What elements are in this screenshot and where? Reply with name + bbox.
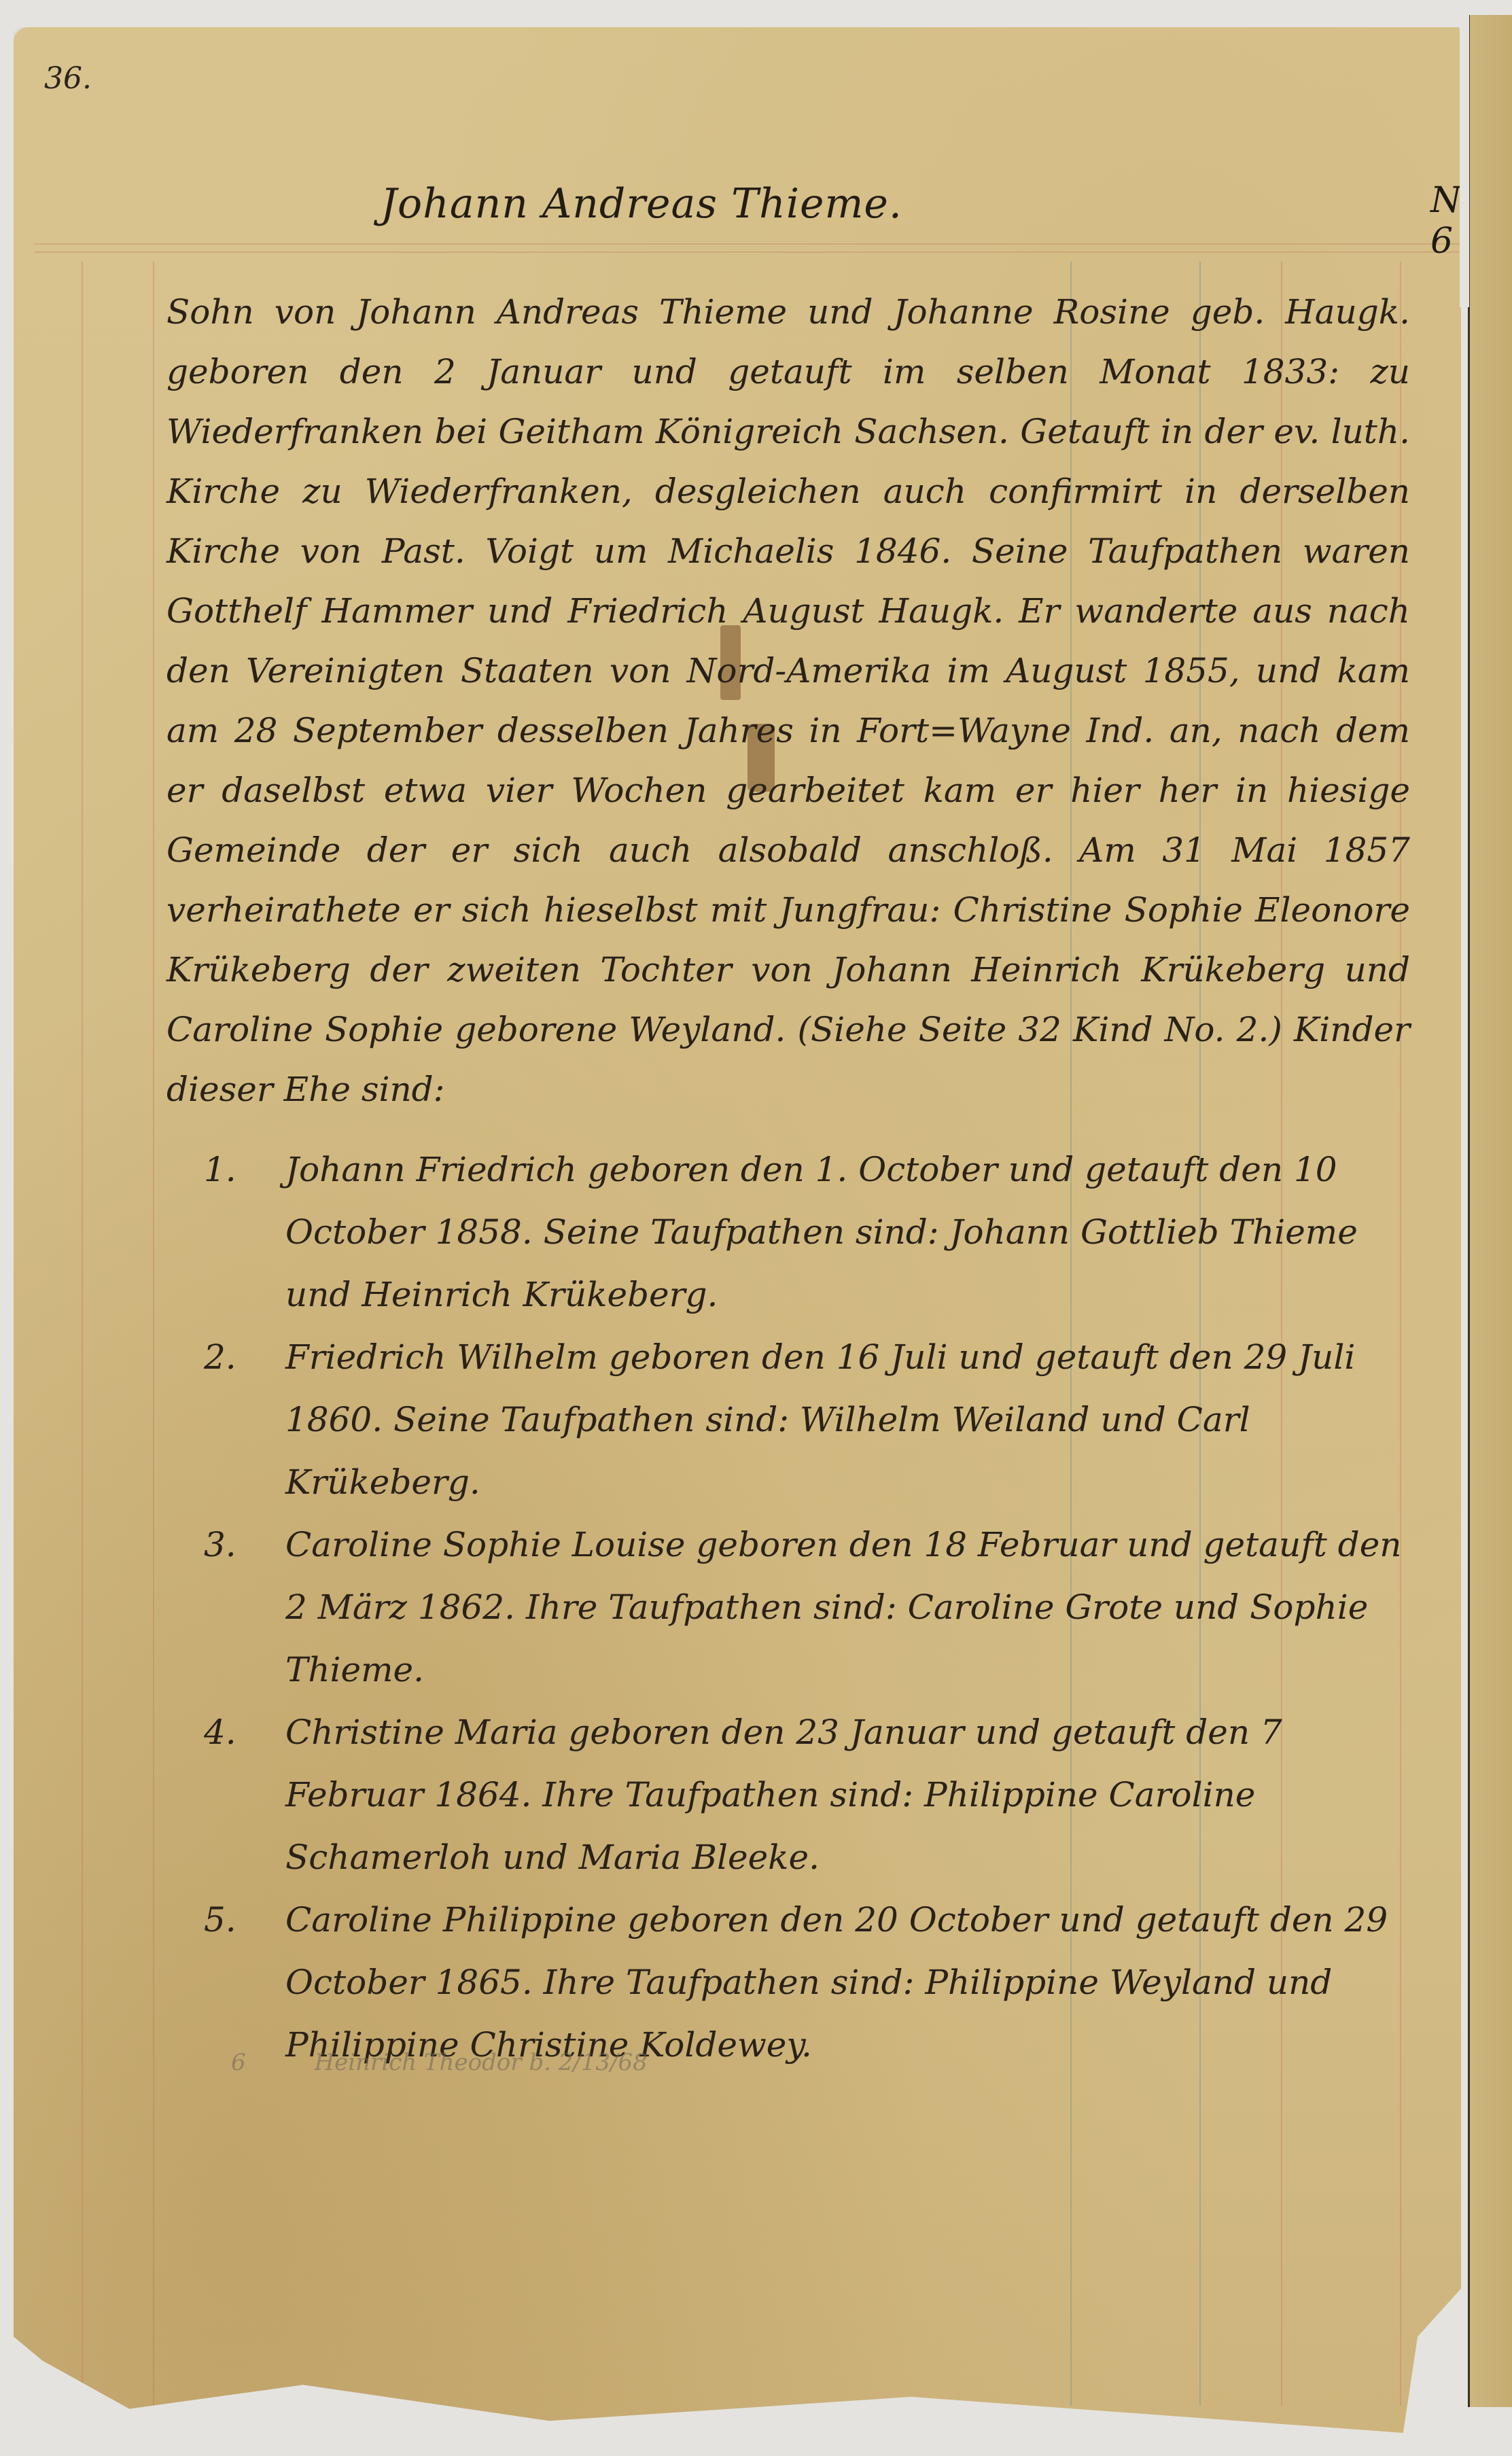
child-number: 4. — [204, 1701, 236, 1764]
child-number: 5. — [204, 1889, 236, 1951]
child-entry: 1. Johann Friedrich geboren den 1. Octob… — [204, 1138, 1413, 1326]
ledger-page: 36. No. 6 Johann Andreas Thieme. Sohn vo… — [14, 27, 1461, 2433]
pencil-annotation-number: 6 — [231, 2049, 246, 2076]
header-rule — [34, 243, 1461, 245]
margin-rule-left — [153, 262, 154, 2406]
biography-paragraph: Sohn von Johann Andreas Thieme und Johan… — [166, 282, 1410, 1119]
child-text: Caroline Sophie Louise geboren den 18 Fe… — [285, 1525, 1401, 1689]
child-entry: 5. Caroline Philippine geboren den 20 Oc… — [204, 1889, 1413, 2076]
child-number: 3. — [204, 1513, 236, 1576]
child-text: Christine Maria geboren den 23 Januar un… — [285, 1713, 1282, 1877]
child-entry: 4. Christine Maria geboren den 23 Januar… — [204, 1701, 1413, 1889]
record-title: Johann Andreas Thieme. — [381, 180, 902, 228]
header-rule-double — [34, 251, 1461, 253]
child-entry: 2. Friedrich Wilhelm geboren den 16 Juli… — [204, 1326, 1413, 1513]
page-number: 36. — [44, 61, 92, 96]
children-list: 1. Johann Friedrich geboren den 1. Octob… — [204, 1138, 1413, 2076]
child-text: Friedrich Wilhelm geboren den 16 Juli un… — [285, 1337, 1355, 1502]
pencil-annotation-text: Heinrich Theodor b. 2/13/68 — [314, 2049, 647, 2076]
child-text: Johann Friedrich geboren den 1. October … — [285, 1150, 1358, 1314]
child-text: Caroline Philippine geboren den 20 Octob… — [285, 1900, 1388, 2065]
child-number: 2. — [204, 1326, 236, 1388]
margin-rule-outer — [82, 262, 83, 2406]
child-entry: 3. Caroline Sophie Louise geboren den 18… — [204, 1513, 1413, 1701]
child-number: 1. — [204, 1138, 236, 1201]
pencil-annotation: 6 Heinrich Theodor b. 2/13/68 — [231, 2049, 648, 2076]
page-tear — [1460, 15, 1469, 307]
adjacent-page-edge — [1468, 15, 1512, 2407]
